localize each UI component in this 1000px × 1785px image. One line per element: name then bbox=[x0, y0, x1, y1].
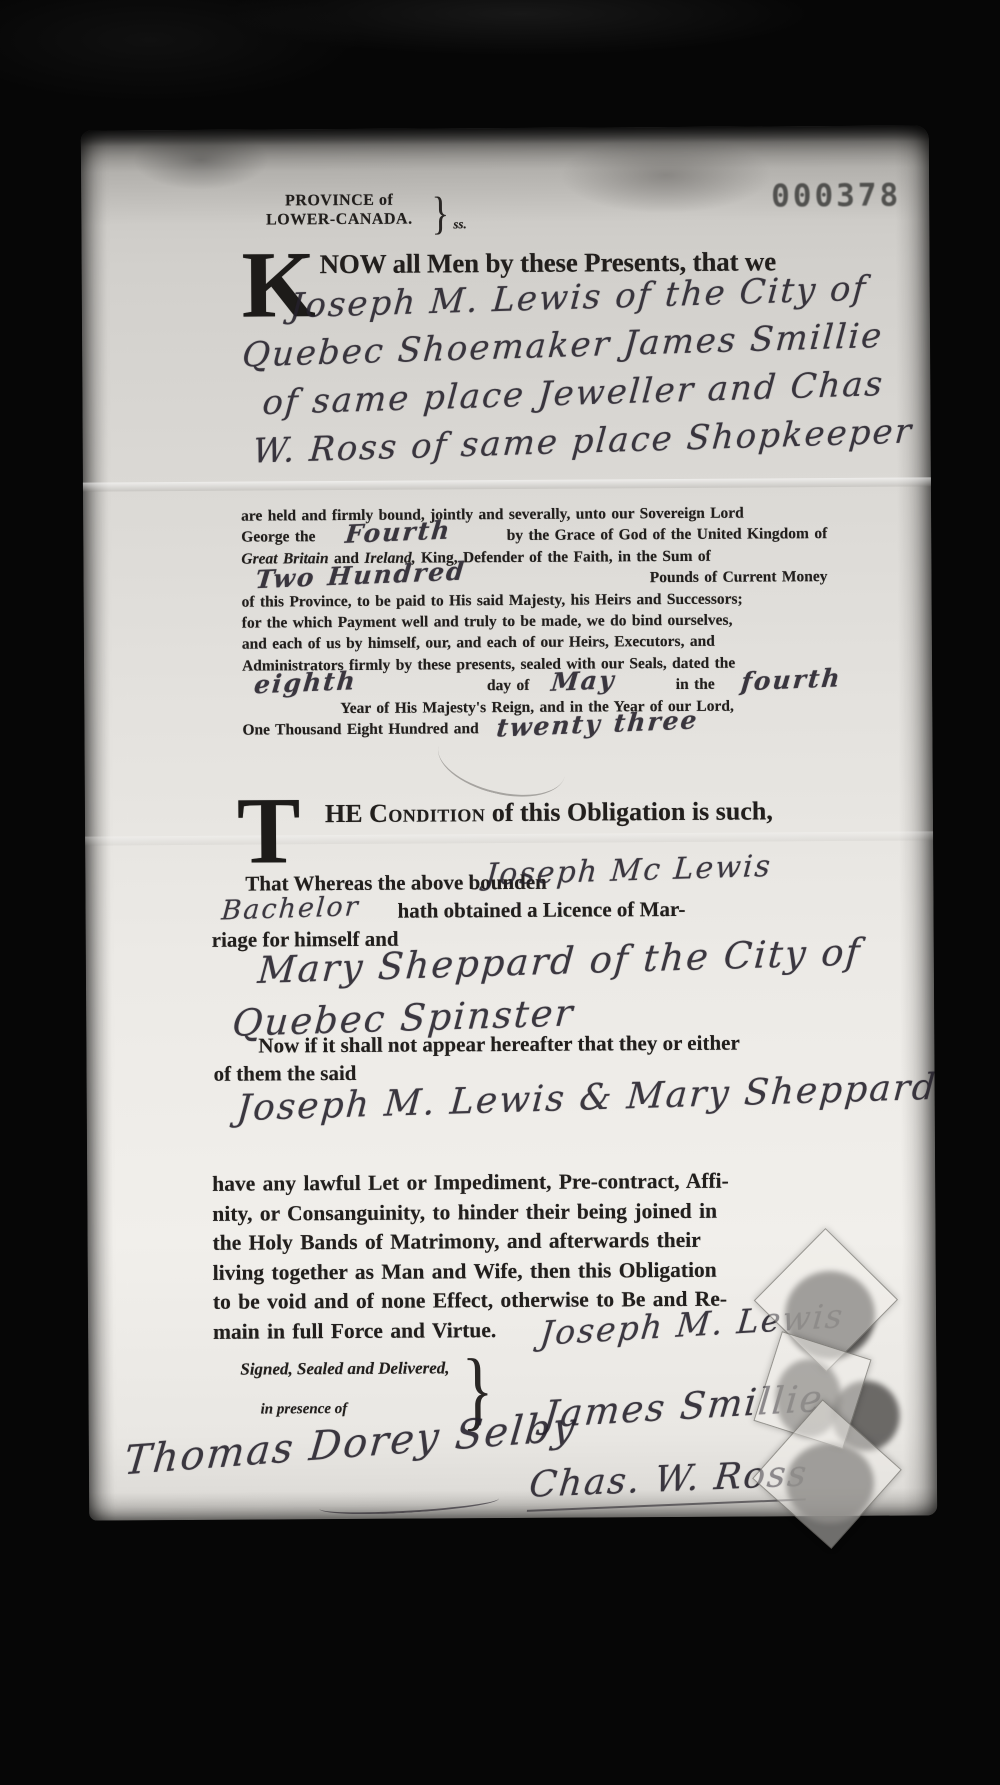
now-line-1: Now if it shall not appear hereafter tha… bbox=[258, 1031, 740, 1059]
province-line-2: LOWER-CANADA. bbox=[253, 210, 425, 230]
signature-flourish bbox=[319, 1489, 500, 1517]
handwritten-regnal-name: Fourth bbox=[345, 526, 452, 540]
serial-number-stamp: 000378 bbox=[771, 178, 901, 215]
handwritten-regnal-year: fourth bbox=[740, 673, 841, 687]
handwritten-groom-name: Joseph Mc Lewis bbox=[484, 849, 773, 893]
paper-fold-crease bbox=[85, 831, 933, 845]
condition-heading-smallcaps: Condition bbox=[369, 798, 485, 828]
paragraph-line: have any lawful Let or Impediment, Pre-c… bbox=[212, 1168, 808, 1201]
condition-heading: HE Condition of this Obligation is such, bbox=[325, 796, 773, 829]
handwritten-sum: Two Hundred bbox=[255, 567, 466, 586]
dropcap-T: T bbox=[237, 791, 301, 869]
province-line-1: PROVINCE of bbox=[253, 191, 425, 211]
handwritten-groom-status: Bachelor bbox=[220, 891, 360, 926]
licence-line-1: hath obtained a Licence of Mar- bbox=[397, 897, 685, 924]
now-line-2: of them the said bbox=[213, 1061, 356, 1087]
paragraph-line: the Holy Bands of Matrimony, and afterwa… bbox=[212, 1227, 808, 1260]
condition-heading-pre: HE bbox=[325, 799, 369, 828]
handwritten-obligor-line: W. Ross of same place Shopkeeper bbox=[251, 411, 914, 471]
bond-text: in the bbox=[676, 676, 715, 694]
attestation-line-2: in presence of bbox=[261, 1401, 348, 1419]
ss-abbreviation: ss. bbox=[453, 216, 466, 232]
paper-fold-crease bbox=[83, 477, 931, 491]
handwritten-year: twenty three bbox=[496, 715, 699, 733]
header-brace: } bbox=[431, 186, 449, 239]
bond-clause: are held and firmly bound, jointly and s… bbox=[241, 504, 828, 743]
attestation-line-1: Signed, Sealed and Delivered, bbox=[240, 1358, 449, 1379]
province-caption: PROVINCE of LOWER-CANADA. bbox=[253, 191, 425, 230]
condition-heading-post: of this Obligation is such, bbox=[485, 796, 773, 827]
bond-text: by the Grace of God of the United Kingdo… bbox=[507, 525, 828, 545]
paragraph-line: living together as Man and Wife, then th… bbox=[213, 1257, 809, 1290]
bond-text: George the bbox=[241, 529, 315, 547]
paragraph-line: nity, or Consanguinity, to hinder their … bbox=[212, 1198, 808, 1231]
seal-area bbox=[753, 1230, 940, 1516]
bond-text: Pounds of Current Money bbox=[650, 568, 828, 587]
bond-text: day of bbox=[487, 677, 530, 695]
document-paper: PROVINCE of LOWER-CANADA. } ss. 000378 K… bbox=[81, 125, 937, 1520]
handwritten-month: May bbox=[551, 675, 616, 688]
witness-signature: Thomas Dorey Selby bbox=[122, 1404, 579, 1485]
handwritten-day: eighth bbox=[254, 676, 358, 690]
